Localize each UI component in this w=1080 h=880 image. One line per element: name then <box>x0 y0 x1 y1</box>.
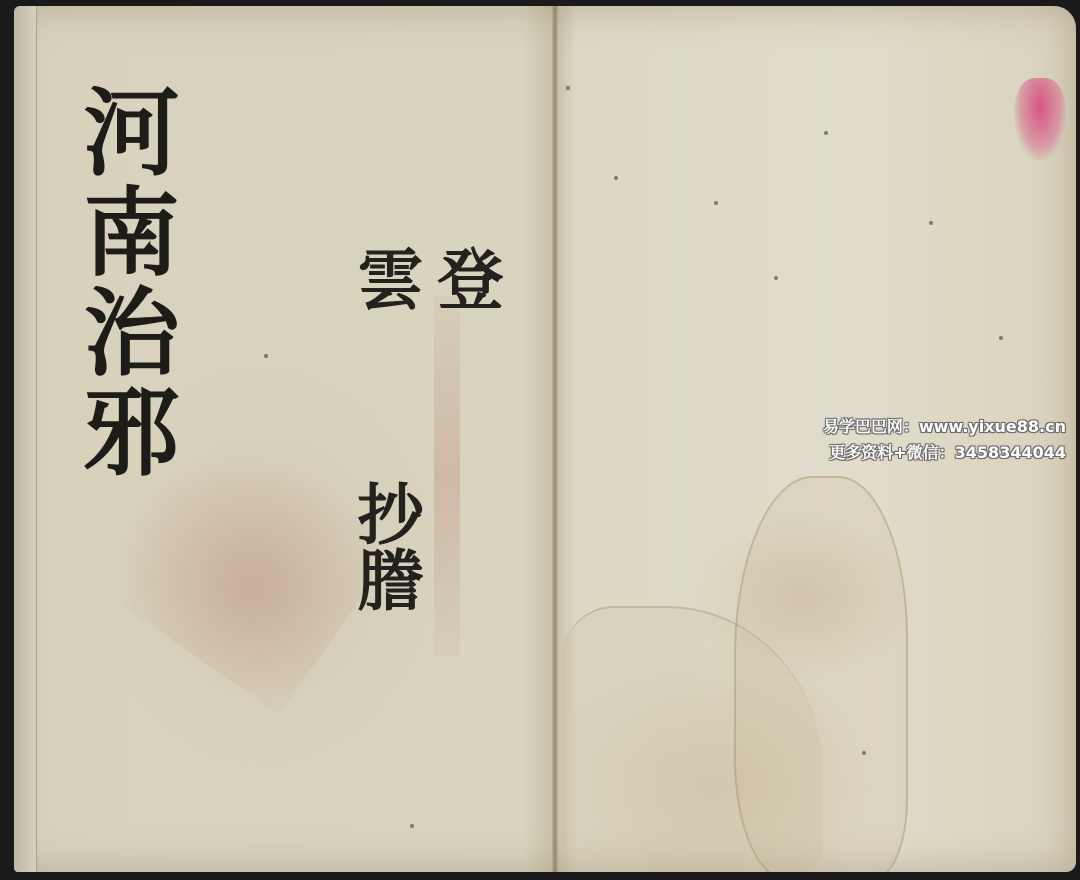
watermark-line-1: 易学巴巴网：www.yixue88.cn <box>823 414 1066 440</box>
cover-title: 河南治邪 <box>56 62 176 502</box>
binding-edge <box>14 6 37 872</box>
copyist-action: 抄謄 <box>345 480 425 650</box>
watermark-line-2: 更多资料+微信：3458344044 <box>823 440 1066 466</box>
copyist-name: 登雲 <box>345 245 505 375</box>
watermark: 易学巴巴网：www.yixue88.cn 更多资料+微信：3458344044 <box>823 414 1066 466</box>
page-fold <box>552 6 558 872</box>
seal-stamp <box>1014 78 1066 160</box>
